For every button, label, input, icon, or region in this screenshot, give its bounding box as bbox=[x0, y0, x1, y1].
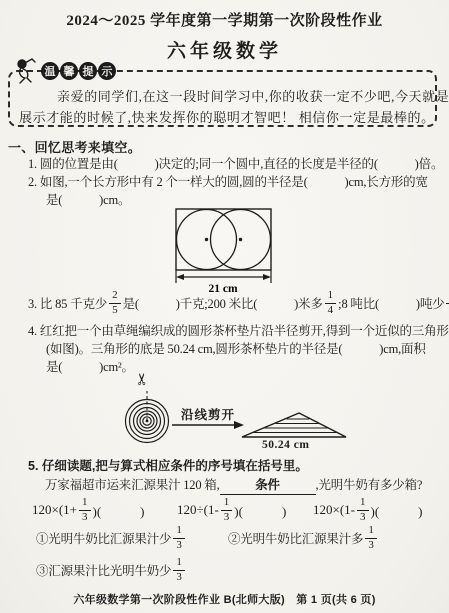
q3-text: 3. 比 85 千克少 bbox=[28, 294, 107, 312]
tip-badge: 馨 bbox=[60, 62, 78, 80]
q3-text: 是( )千克;200 米比( )米多 bbox=[123, 294, 323, 312]
fraction: 13 bbox=[365, 525, 377, 551]
expr-text: )( ) bbox=[234, 501, 286, 520]
option-2: ②光明牛奶比汇源果汁多 13 bbox=[228, 524, 379, 552]
option-1: ①光明牛奶比汇源果汁少 13 bbox=[36, 524, 187, 552]
option-text: ③汇源果汁比光明牛奶少 bbox=[36, 561, 171, 579]
condition-blank: 条件 bbox=[220, 475, 316, 495]
fraction: 13 bbox=[173, 557, 185, 583]
fraction: 13 bbox=[221, 497, 233, 523]
question-2-line-1: 2. 如图,一个长方形中有 2 个一样大的圆,圆的半径是( )cm,长方形的宽 bbox=[28, 172, 428, 190]
question-4-line-1: 4. 红红把一个由草绳编织成的圆形茶杯垫片沿半径剪开,得到一个近似的三角形 bbox=[28, 321, 449, 339]
worksheet-page: 2024～2025 学年度第一学期第一次阶段性作业 六年级数学 亲爱的同学们,在… bbox=[0, 0, 449, 613]
expr-text: 120÷(1- bbox=[177, 502, 219, 518]
triangle-base-label: 50.24 cm bbox=[262, 439, 309, 451]
tip-badge: 示 bbox=[98, 62, 116, 80]
question-1: 1. 圆的位置是由( )决定的;同一个圆中,直径的长度是半径的( )倍。 bbox=[28, 154, 443, 172]
option-3: ③汇源果汁比光明牛奶少 13 bbox=[36, 556, 187, 584]
expr-text: )( ) bbox=[93, 501, 145, 520]
expression-1: 120×(1+ 13 )( ) bbox=[32, 495, 145, 525]
page-title: 2024～2025 学年度第一学期第一次阶段性作业 bbox=[0, 9, 449, 30]
tip-badge: 提 bbox=[79, 62, 97, 80]
question-3: 3. 比 85 千克少 25 是( )千克;200 米比( )米多 14 ;8 … bbox=[28, 288, 449, 318]
question-5-stem: 万家福超市运来汇源果汁 120 箱,条件,光明牛奶有多少箱? bbox=[45, 475, 422, 495]
tip-line-2: 展示才能的时候了,快来发挥你的聪明才智吧！ 相信你一定是最棒的。 bbox=[10, 107, 435, 128]
question-5-heading: 5. 仔细读题,把与算式相应条件的序号填在括号里。 bbox=[28, 456, 308, 474]
q5-stem-text: ,光明牛奶有多少箱? bbox=[316, 478, 423, 492]
fraction: 13 bbox=[79, 497, 91, 523]
expr-text: )( ) bbox=[371, 501, 423, 520]
question-2-line-2: 是( )cm。 bbox=[46, 190, 130, 208]
expr-text: 120×(1- bbox=[313, 502, 355, 518]
scissors-icon: ✂ bbox=[133, 372, 153, 385]
figure-coil-to-triangle: ✂ 沿线剪开 50 bbox=[0, 368, 449, 460]
tip-line-1: 亲爱的同学们,在这一段时间学习中,你的收获一定不少吧,今天就是你全面 bbox=[10, 86, 435, 107]
tip-badge: 温 bbox=[41, 62, 59, 80]
tip-header: 温 馨 提 示 bbox=[12, 57, 116, 85]
fraction: 13 bbox=[173, 525, 185, 551]
expression-2: 120÷(1- 13 )( ) bbox=[177, 495, 286, 525]
coil-mat-icon bbox=[123, 388, 171, 446]
expression-3: 120×(1- 13 )( ) bbox=[313, 495, 423, 525]
page-footer: 六年级数学第一次阶段性作业 B(北师大版) 第 1 页(共 6 页) bbox=[0, 591, 449, 607]
fraction: 25 bbox=[109, 290, 121, 316]
cut-arrow-icon bbox=[172, 418, 244, 432]
figure-rectangle-with-circles: 21 cm bbox=[162, 206, 292, 296]
expr-text: 120×(1+ bbox=[32, 502, 77, 518]
q5-stem-text: 万家福超市运来汇源果汁 120 箱, bbox=[45, 478, 220, 492]
q3-text: ;8 吨比( )吨少 bbox=[338, 294, 444, 312]
fraction: 13 bbox=[357, 497, 369, 523]
option-text: ①光明牛奶比汇源果汁少 bbox=[36, 529, 171, 547]
fraction: 14 bbox=[325, 290, 337, 316]
mascot-icon bbox=[12, 57, 38, 85]
question-4-line-2: (如图)。三角形的底是 50.24 cm,圆形茶杯垫片的半径是( )cm,面积 bbox=[46, 339, 426, 357]
striped-triangle-icon bbox=[240, 410, 350, 440]
option-text: ②光明牛奶比汇源果汁多 bbox=[228, 529, 363, 547]
